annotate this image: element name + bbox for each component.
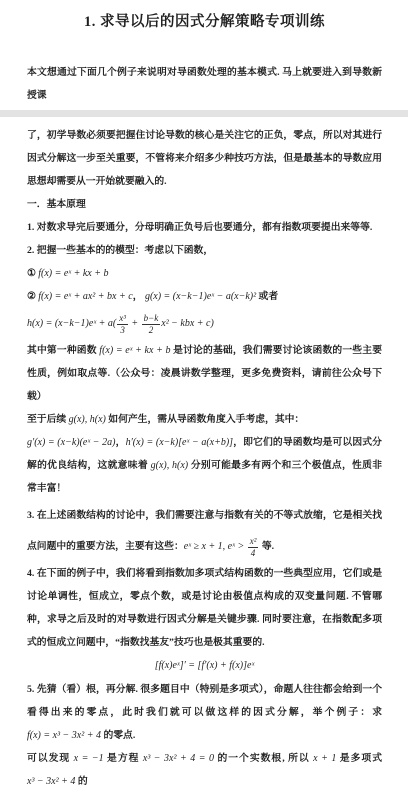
fraction-denominator: 3: [117, 325, 128, 336]
fraction-bk-over-2: b−k2: [142, 313, 161, 336]
text-segment: 是多项式: [336, 753, 382, 764]
inline-formula-factor: x + 1: [313, 753, 336, 764]
paragraph-transition: 至于后续 g(x), h(x) 如何产生，需从导函数角度入手考虑，其中：: [27, 408, 382, 431]
formula-separator: ，: [133, 291, 145, 302]
display-formula-product-rule: [f(x)eˣ]′ = [f′(x) + f(x)]eˣ: [155, 660, 255, 671]
fraction-denominator: 2: [142, 325, 161, 336]
intro-paragraph: 本文想通过下面几个例子来说明对导函数处理的基本模式. 马上就要进入到导数新授课: [27, 61, 382, 107]
text-segment: 等.: [259, 541, 274, 552]
text-segment: 是方程: [104, 753, 143, 764]
circled-number-1: ①: [27, 268, 38, 279]
text-segment: 的一个实数根, 所以: [214, 753, 313, 764]
list-item-5: 5. 先猜（看）根，再分解. 很多题目中（特别是多项式），命题人往往都会给到一个…: [27, 678, 382, 747]
page-break-separator: [0, 110, 408, 118]
page-1: 1. 求导以后的因式分解策略专项训练 本文想通过下面几个例子来说明对导函数处理的…: [0, 0, 408, 110]
inline-formula-g-prime: g′(x) = (x−k)(eˣ − 2a): [27, 437, 116, 448]
list-item-4: 4. 在下面的例子中，我们将看到指数加多项式结构函数的一些典型应用，它们或是讨论…: [27, 562, 382, 654]
formula-line-2: ② f(x) = eˣ + ax² + bx + c， g(x) = (x−k−…: [27, 285, 382, 308]
list-item-2: 2. 把握一些基本的的模型：考虑以下函数，: [27, 239, 382, 262]
document-viewer: 1. 求导以后的因式分解策略专项训练 本文想通过下面几个例子来说明对导函数处理的…: [0, 0, 408, 793]
paragraph-derivatives: g′(x) = (x−k)(eˣ − 2a)，h′(x) = (x−k)[eˣ …: [27, 431, 382, 500]
inline-formula-h-prime: h′(x) = (x−k)[eˣ − a(x+b)]: [126, 437, 233, 448]
formula-line-1: ① f(x) = eˣ + kx + b: [27, 262, 382, 285]
inline-formula-fx: f(x) = eˣ + kx + b: [99, 345, 170, 356]
list-item-3: 3. 在上述函数结构的讨论中，我们需要注意与指数有关的不等式放缩，它是相关找点问…: [27, 500, 382, 562]
fraction-numerator: x³: [117, 313, 128, 325]
formula-or-text: 或者: [256, 291, 278, 302]
circled-number-2: ②: [27, 291, 38, 302]
fraction-x2-over-4: x²4: [248, 536, 259, 559]
inline-formula-polynomial: x³ − 3x² + 4: [27, 776, 75, 787]
section-heading-basic-principles: 一．基本原理: [27, 193, 382, 216]
formula-gx: g(x) = (x−k−1)eˣ − a(x−k)²: [145, 291, 256, 302]
text-segment: 如何产生，需从导函数角度入手考虑，其中：: [106, 414, 304, 425]
display-formula-line: [f(x)eˣ]′ = [f′(x) + f(x)]eˣ: [27, 654, 382, 678]
fraction-numerator: b−k: [142, 313, 161, 325]
fraction-numerator: x²: [248, 536, 259, 548]
formula-plus-sign: +: [129, 318, 141, 329]
paragraph-root-finding: 可以发现 x = −1 是方程 x³ − 3x² + 4 = 0 的一个实数根,…: [27, 747, 382, 793]
text-segment: ，: [116, 437, 126, 448]
text-segment: 的: [75, 776, 87, 787]
formula-hx-prefix: h(x) = (x−k−1)eˣ + a(: [27, 318, 116, 329]
formula-line-3: h(x) = (x−k−1)eˣ + a(x³3 + b−k2x² − kbx …: [27, 308, 382, 339]
fraction-denominator: 4: [248, 548, 259, 559]
page-2: 了，初学导数必须要把握住讨论导数的核心是关注它的正负，零点，所以对其进行因式分解…: [0, 117, 408, 793]
inline-formula-cubic: f(x) = x³ − 3x² + 4: [27, 730, 101, 741]
page-title: 1. 求导以后的因式分解策略专项训练: [27, 12, 382, 32]
paragraph-first-function-basis: 其中第一种函数 f(x) = eˣ + kx + b 是讨论的基础，我们需要讨论…: [27, 339, 382, 408]
inline-formula-gx-hx: g(x), h(x): [69, 414, 106, 425]
text-segment: 其中第一种函数: [27, 345, 99, 356]
inline-formula-gx-hx: g(x), h(x): [151, 460, 188, 471]
text-segment: 至于后续: [27, 414, 69, 425]
formula-fx-quadratic: f(x) = eˣ + ax² + bx + c: [38, 291, 132, 302]
formula-hx-suffix: x² − kbx + c): [161, 318, 214, 329]
list-item-1: 1. 对数求导完后要通分，分母明确正负号后也要通分，都有指数项要提出来等等.: [27, 216, 382, 239]
text-segment: 的零点.: [101, 730, 135, 741]
formula-fx-basic: f(x) = eˣ + kx + b: [38, 268, 108, 279]
paragraph-continuation: 了，初学导数必须要把握住讨论导数的核心是关注它的正负，零点，所以对其进行因式分解…: [27, 124, 382, 193]
text-segment: 5. 先猜（看）根，再分解. 很多题目中（特别是多项式），命题人往往都会给到一个…: [27, 684, 382, 718]
inline-formula-root: x = −1: [74, 753, 104, 764]
fraction-x3-over-3: x³3: [117, 313, 128, 336]
inline-inequality: eˣ ≥ x + 1, eˣ >: [184, 541, 247, 552]
inline-formula-equation: x³ − 3x² + 4 = 0: [143, 753, 214, 764]
text-segment: 可以发现: [27, 753, 74, 764]
